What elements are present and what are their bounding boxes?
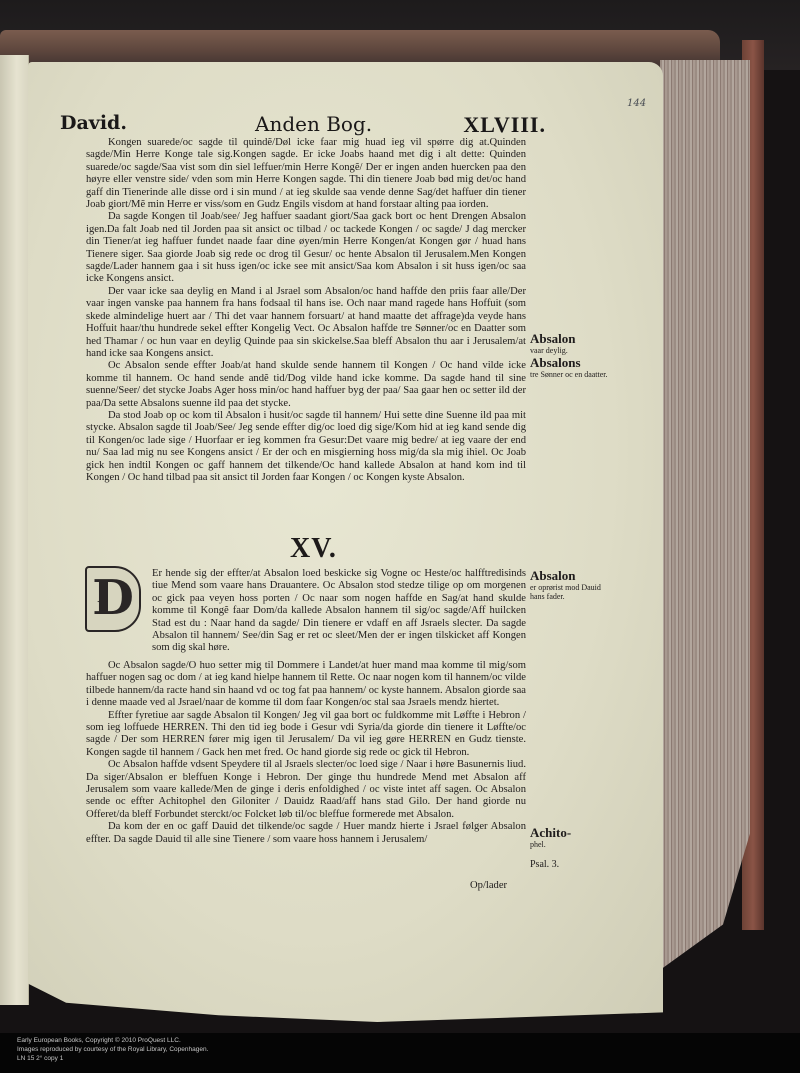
margin-note-text: er oprørist mod Dauid hans fader. xyxy=(530,583,610,601)
paragraph: Da kom der en oc gaff Dauid det tilkende… xyxy=(86,821,526,846)
header-book-title: David. xyxy=(60,112,127,134)
catchword: Op/lader xyxy=(470,880,507,891)
margin-note-text: phel. xyxy=(530,840,610,849)
margin-note-text: vaar deylig. xyxy=(530,346,610,355)
margin-note-text: Psal. 3. xyxy=(530,860,610,869)
paragraph: Der vaar icke saa deylig en Mand i al Js… xyxy=(86,286,526,360)
margin-note-title: Absalon xyxy=(530,569,610,583)
copyright-footer: Early European Books, Copyright © 2010 P… xyxy=(0,1033,800,1073)
paragraph: Er hende sig der effter/at Absalon loed … xyxy=(152,568,526,655)
margin-note-text: tre Sønner oc en daatter. xyxy=(530,370,610,379)
header-volume: Anden Bog. xyxy=(255,112,372,136)
margin-note-title: Absalons xyxy=(530,356,610,370)
chapter-heading: XV. xyxy=(290,533,337,565)
drop-cap-initial: D ✦ xyxy=(85,566,141,632)
footer-copyright: Early European Books, Copyright © 2010 P… xyxy=(17,1037,181,1044)
paragraph: Oc Absalon haffde vdsent Speydere til al… xyxy=(86,759,526,821)
star-ornament-icon: ✦ xyxy=(97,596,107,608)
paragraph: Kongen suarede/oc sagde til quindẽ/Døl i… xyxy=(86,137,526,211)
paragraph: Da sagde Kongen til Joab/see/ Jeg haffue… xyxy=(86,211,526,285)
footer-courtesy: Images reproduced by courtesy of the Roy… xyxy=(17,1046,208,1053)
margin-note: Psal. 3. xyxy=(530,860,610,869)
paragraph: Oc Absalon sende effter Joab/at hand sku… xyxy=(86,360,526,410)
margin-note: Absalon vaar deylig. xyxy=(530,332,610,355)
margin-note-title: Absalon xyxy=(530,332,610,346)
paragraph: Da stod Joab op oc kom til Absalon i hus… xyxy=(86,410,526,484)
margin-note: Absalon er oprørist mod Dauid hans fader… xyxy=(530,569,610,601)
handwritten-folio-number: 144 xyxy=(627,98,646,109)
margin-note-title: Achito- xyxy=(530,826,610,840)
paragraph: Oc Absalon sagde/O huo setter mig til Do… xyxy=(86,660,526,710)
text-block-bottom: Oc Absalon sagde/O huo setter mig til Do… xyxy=(86,660,526,846)
margin-note: Achito- phel. xyxy=(530,826,610,849)
paragraph: Effter fyretiue aar sagde Absalon til Ko… xyxy=(86,710,526,760)
left-page-edge xyxy=(0,55,29,1005)
margin-note: Absalons tre Sønner oc en daatter. xyxy=(530,356,610,379)
footer-shelfmark: LN 15 2° copy 1 xyxy=(17,1055,63,1062)
running-header: David. Anden Bog. XLVIII. xyxy=(60,112,540,138)
page-fore-edge xyxy=(660,60,750,970)
chapter-opening-text: Er hende sig der effter/at Absalon loed … xyxy=(152,568,526,655)
header-folio: XLVIII. xyxy=(463,112,546,138)
text-block-top: Kongen suarede/oc sagde til quindẽ/Døl i… xyxy=(86,137,526,484)
